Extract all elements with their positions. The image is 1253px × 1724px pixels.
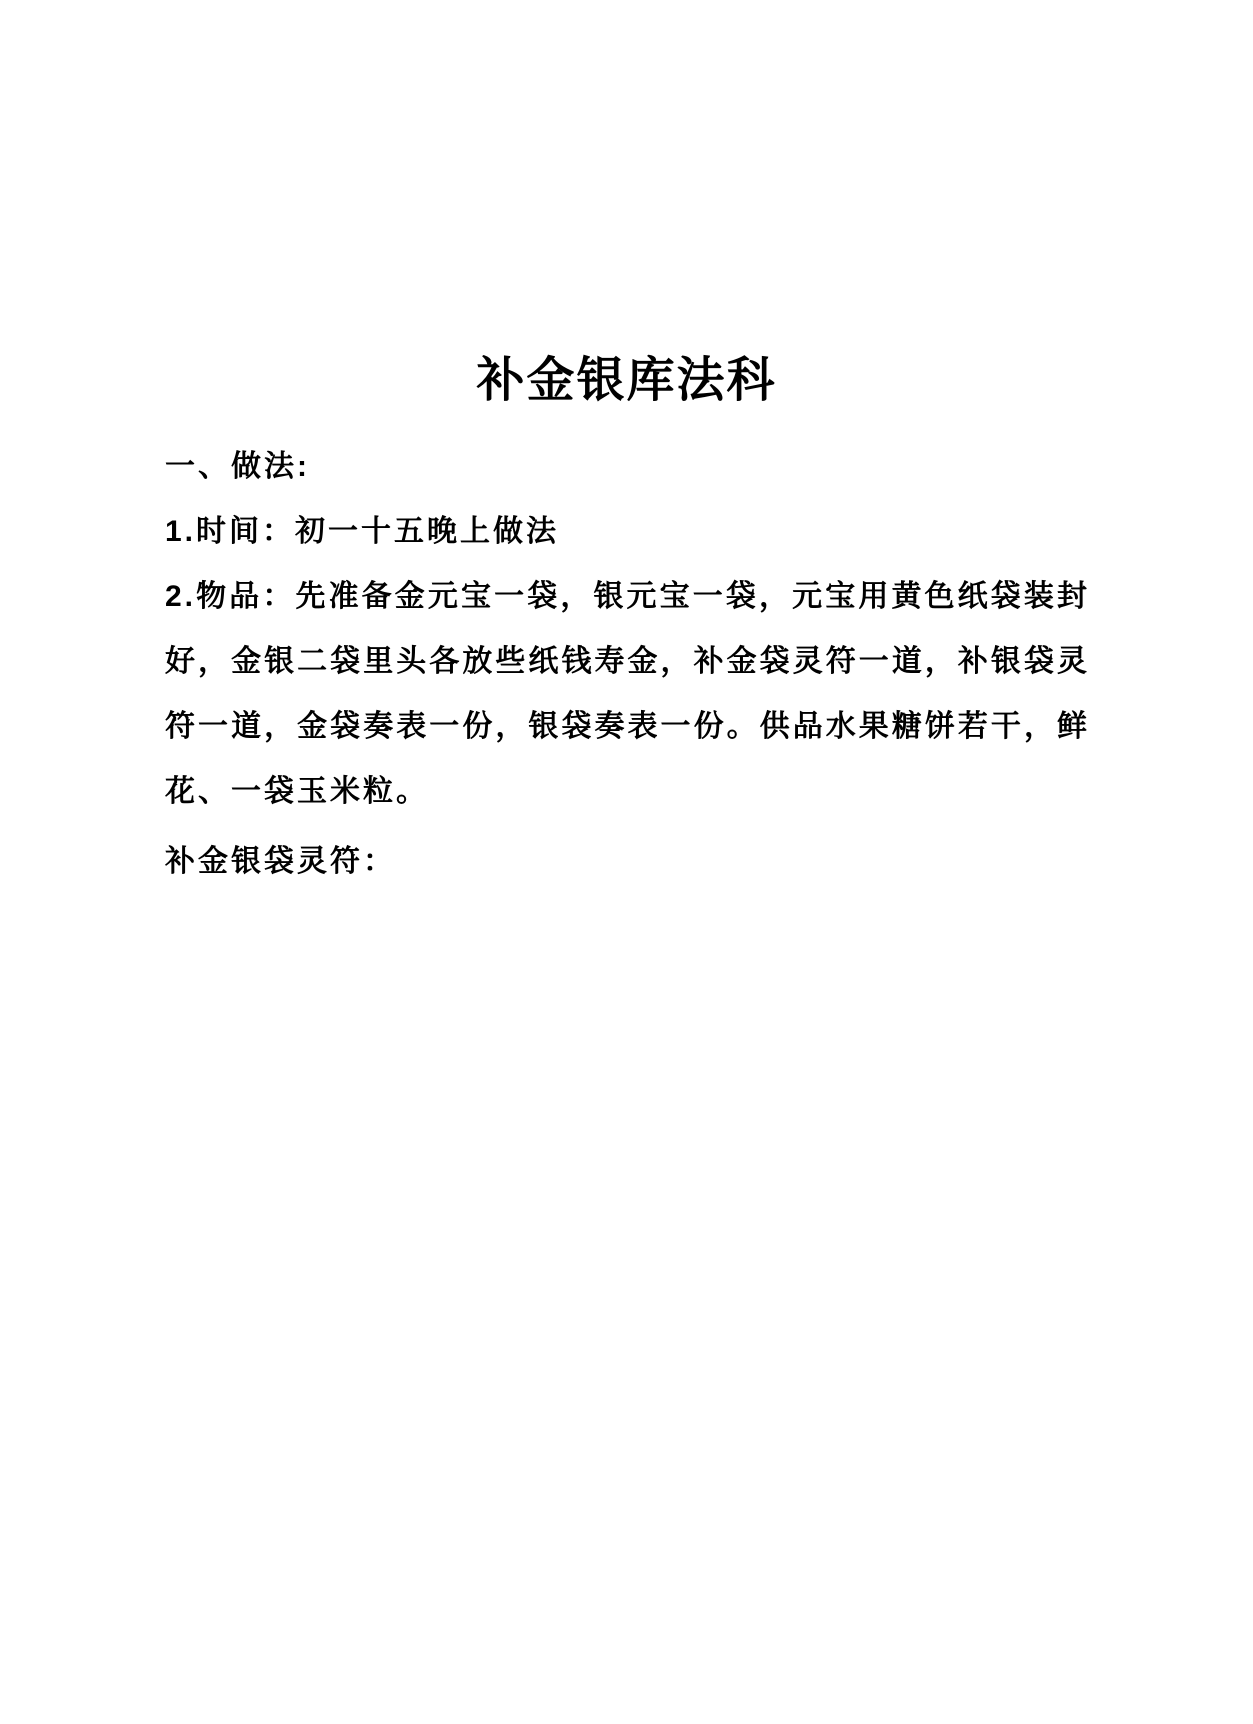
document-body: 一、做法: 1.时间：初一十五晚上做法 2.物品：先准备金元宝一袋，银元宝一袋，…	[165, 434, 1090, 894]
paragraph-items: 2.物品：先准备金元宝一袋，银元宝一袋，元宝用黄色纸袋装封好，金银二袋里头各放些…	[165, 564, 1090, 824]
paragraph-section-heading: 一、做法:	[165, 434, 1090, 499]
paragraph-talisman-label: 补金银袋灵符：	[165, 829, 1090, 894]
document-page: 补金银库法科 一、做法: 1.时间：初一十五晚上做法 2.物品：先准备金元宝一袋…	[0, 0, 1253, 1724]
document-title: 补金银库法科	[0, 352, 1253, 410]
paragraph-time: 1.时间：初一十五晚上做法	[165, 499, 1090, 564]
